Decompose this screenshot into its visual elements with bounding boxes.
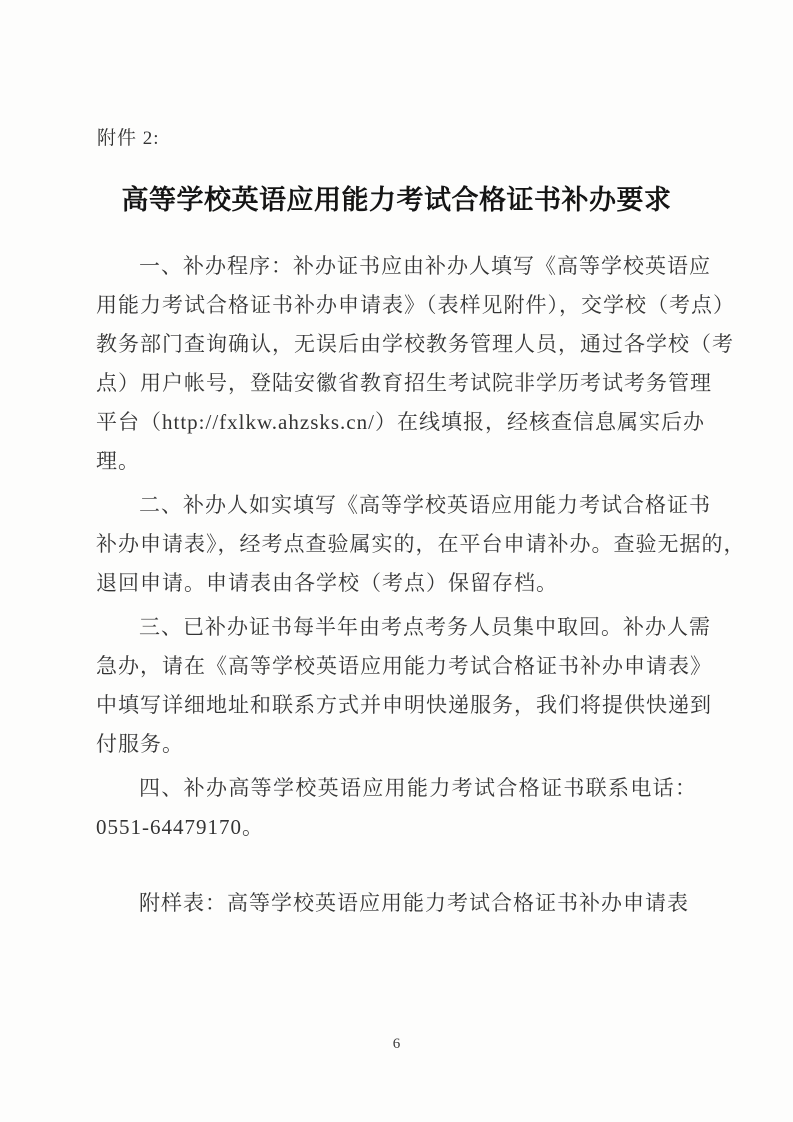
page-title: 高等学校英语应用能力考试合格证书补办要求 [96, 178, 697, 217]
document-page: 附件 2: 高等学校英语应用能力考试合格证书补办要求 一、补办程序：补办证书应由… [0, 0, 793, 1122]
attachment-note: 附样表：高等学校英语应用能力考试合格证书补办申请表 [96, 884, 697, 923]
text-line: 理。 [96, 442, 697, 481]
paragraph-contact: 四、补办高等学校英语应用能力考试合格证书联系电话： 0551-64479170。 [96, 769, 697, 847]
document-body: 一、补办程序：补办证书应由补办人填写《高等学校英语应 用能力考试合格证书补办申请… [96, 247, 697, 847]
page-number: 6 [0, 1036, 793, 1053]
text-line: 一、补办程序：补办证书应由补办人填写《高等学校英语应 [96, 247, 697, 286]
text-line: 四、补办高等学校英语应用能力考试合格证书联系电话： [96, 769, 697, 808]
text-line: 0551-64479170。 [96, 808, 697, 847]
text-line: 急办，请在《高等学校英语应用能力考试合格证书补办申请表》 [96, 647, 697, 686]
text-line: 付服务。 [96, 725, 697, 764]
text-line: 二、补办人如实填写《高等学校英语应用能力考试合格证书 [96, 486, 697, 525]
text-line: 平台（http://fxlkw.ahzsks.cn/）在线填报，经核查信息属实后… [96, 403, 697, 442]
text-line: 补办申请表》，经考点查验属实的，在平台申请补办。查验无据的， [96, 525, 697, 564]
text-line: 点）用户帐号，登陆安徽省教育招生考试院非学历考试考务管理 [96, 364, 697, 403]
text-line: 中填写详细地址和联系方式并申明快递服务，我们将提供快递到 [96, 686, 697, 725]
attachment-label: 附件 2: [97, 123, 160, 150]
text-line: 三、已补办证书每半年由考点考务人员集中取回。补办人需 [96, 608, 697, 647]
paragraph-procedure: 一、补办程序：补办证书应由补办人填写《高等学校英语应 用能力考试合格证书补办申请… [96, 247, 697, 481]
paragraph-application: 二、补办人如实填写《高等学校英语应用能力考试合格证书 补办申请表》，经考点查验属… [96, 486, 697, 603]
text-line: 用能力考试合格证书补办申请表》（表样见附件），交学校（考点） [96, 286, 697, 325]
text-line: 退回申请。申请表由各学校（考点）保留存档。 [96, 564, 697, 603]
paragraph-pickup: 三、已补办证书每半年由考点考务人员集中取回。补办人需 急办，请在《高等学校英语应… [96, 608, 697, 764]
text-line: 教务部门查询确认，无误后由学校教务管理人员，通过各学校（考 [96, 325, 697, 364]
